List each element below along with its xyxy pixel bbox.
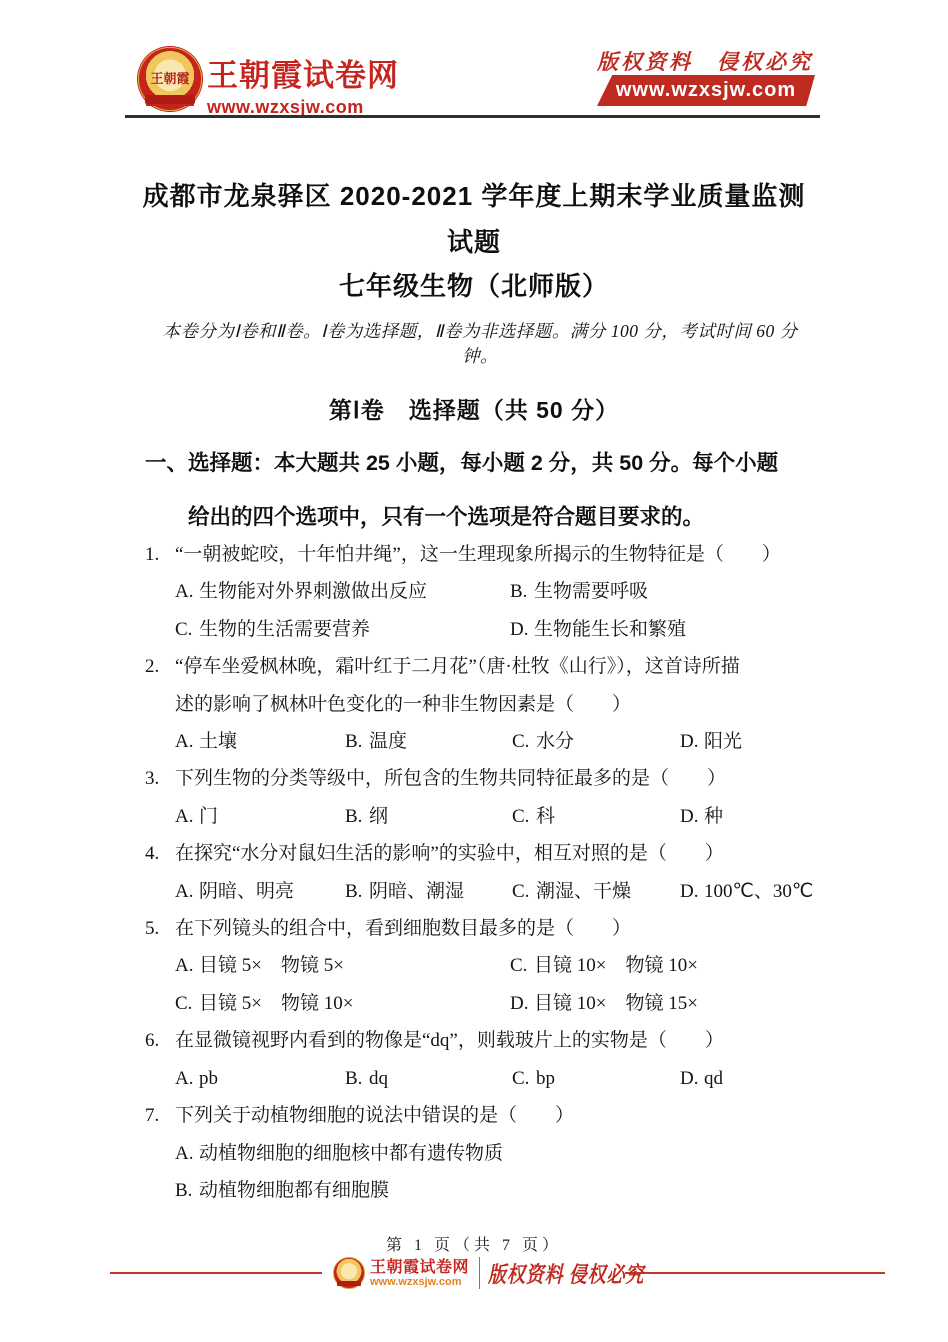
option-label: B. [510, 573, 534, 610]
answer-option: A.动植物细胞的细胞核中都有遗传物质 [175, 1135, 820, 1172]
header-brand: 王朝霞试卷网 www.wzxsjw.com [207, 50, 399, 118]
answer-option: A.土壤 [175, 723, 345, 760]
exam-paper-page: 王朝霞 王朝霞试卷网 www.wzxsjw.com 版权资料 侵权必究 www.… [0, 0, 948, 1342]
answer-option: D.100℃、30℃ [680, 873, 820, 910]
page-number: 第 1 页（共 7 页） [0, 1232, 948, 1255]
footer-slogan: 版权资料 侵权必究 [488, 1258, 644, 1289]
answer-option: B.纲 [345, 798, 512, 835]
exam-title-line2: 试题 [0, 222, 948, 259]
question-text: 下列关于动植物细胞的说法中错误的是（ ） [175, 1097, 820, 1134]
footer-brand: 王朝霞试卷网 www.wzxsjw.com 版权资料 侵权必究 [333, 1257, 679, 1289]
option-text: 阴暗、明亮 [199, 881, 294, 902]
option-text: 目镜 10× 物镜 15× [534, 993, 698, 1014]
brand-name: 王朝霞试卷网 [370, 1259, 469, 1276]
answer-option: C.目镜 10× 物镜 10× [510, 947, 820, 984]
option-text: 生物能对外界刺激做出反应 [199, 581, 427, 602]
option-label: A. [175, 947, 199, 984]
seal-text: 王朝霞 [139, 68, 201, 87]
option-label: D. [680, 1060, 704, 1097]
option-text: 动植物细胞都有细胞膜 [199, 1180, 389, 1201]
answer-option: A.生物能对外界刺激做出反应 [175, 573, 510, 610]
option-text: 潮湿、干燥 [536, 881, 631, 902]
answer-option: C.生物的生活需要营养 [175, 611, 510, 648]
answer-option: B.dq [345, 1060, 512, 1097]
option-label: D. [510, 985, 534, 1022]
option-label: B. [345, 1060, 369, 1097]
option-text: 科 [536, 806, 555, 827]
answer-option: C.bp [512, 1060, 680, 1097]
answer-option: D.种 [680, 798, 820, 835]
question-stem: 1.“一朝被蛇咬，十年怕井绳”，这一生理现象所揭示的生物特征是（ ） [145, 536, 820, 573]
option-text: 目镜 5× 物镜 5× [199, 955, 344, 976]
answer-option: C.水分 [512, 723, 680, 760]
question-text: 下列生物的分类等级中，所包含的生物共同特征最多的是（ ） [175, 760, 820, 797]
option-text: 门 [199, 806, 218, 827]
url-banner: www.wzxsjw.com [597, 75, 815, 106]
banner-url: www.wzxsjw.com [616, 79, 796, 102]
option-text: 生物的生活需要营养 [199, 619, 370, 640]
question-number: 6. [145, 1022, 175, 1059]
option-group: A.目镜 5× 物镜 5×C.目镜 10× 物镜 10×C.目镜 5× 物镜 1… [175, 947, 820, 1022]
question-text: “停车坐爱枫林晚，霜叶红于二月花”（唐·杜牧《山行》），这首诗所描 [175, 648, 820, 685]
exam-intro: 本卷分为Ⅰ卷和Ⅱ卷。Ⅰ卷为选择题，Ⅱ卷为非选择题。满分 100 分，考试时间 6… [145, 318, 815, 368]
option-group: A.阴暗、明亮B.阴暗、潮湿C.潮湿、干燥D.100℃、30℃ [175, 873, 820, 910]
option-label: C. [510, 947, 534, 984]
answer-option: D.目镜 10× 物镜 15× [510, 985, 820, 1022]
option-group: A.生物能对外界刺激做出反应B.生物需要呼吸C.生物的生活需要营养D.生物能生长… [175, 573, 820, 648]
option-label: D. [510, 611, 534, 648]
option-text: 纲 [369, 806, 388, 827]
option-label: C. [175, 985, 199, 1022]
option-text: bp [536, 1068, 555, 1089]
answer-option: A.pb [175, 1060, 345, 1097]
option-text: 生物需要呼吸 [534, 581, 648, 602]
answer-option: C.目镜 5× 物镜 10× [175, 985, 510, 1022]
answer-option: B.生物需要呼吸 [510, 573, 820, 610]
option-label: C. [512, 1060, 536, 1097]
option-label: A. [175, 798, 199, 835]
option-text: 土壤 [199, 731, 237, 752]
footer-rule-left [110, 1272, 322, 1274]
option-label: C. [175, 611, 199, 648]
question-number: 2. [145, 648, 175, 685]
option-group: A.动植物细胞的细胞核中都有遗传物质B.动植物细胞都有细胞膜 [175, 1135, 820, 1210]
question-number: 4. [145, 835, 175, 872]
option-text: 100℃、30℃ [704, 881, 813, 902]
exam-title-line1: 成都市龙泉驿区 2020-2021 学年度上期末学业质量监测 [0, 176, 948, 213]
question-number: 3. [145, 760, 175, 797]
question-number: 1. [145, 536, 175, 573]
option-text: 目镜 5× 物镜 10× [199, 993, 353, 1014]
option-label: B. [345, 873, 369, 910]
answer-option: A.阴暗、明亮 [175, 873, 345, 910]
question-text: “一朝被蛇咬，十年怕井绳”，这一生理现象所揭示的生物特征是（ ） [175, 536, 820, 573]
answer-option: A.门 [175, 798, 345, 835]
question-stem: 6.在显微镜视野内看到的物像是“dq”，则载玻片上的实物是（ ） [145, 1022, 820, 1059]
answer-option: D.阳光 [680, 723, 820, 760]
answer-option: C.科 [512, 798, 680, 835]
option-text: 种 [704, 806, 723, 827]
option-label: B. [345, 798, 369, 835]
footer-divider [479, 1257, 480, 1289]
option-label: D. [680, 798, 704, 835]
option-label: A. [175, 573, 199, 610]
option-label: C. [512, 873, 536, 910]
answer-option: B.阴暗、潮湿 [345, 873, 512, 910]
brand-name: 王朝霞试卷网 [207, 50, 399, 95]
option-text: 目镜 10× 物镜 10× [534, 955, 698, 976]
directive-line2: 给出的四个选项中，只有一个选项是符合题目要求的。 [188, 500, 704, 531]
question-stem: 5.在下列镜头的组合中，看到细胞数目最多的是（ ） [145, 910, 820, 947]
answer-option: A.目镜 5× 物镜 5× [175, 947, 510, 984]
question-stem: 3.下列生物的分类等级中，所包含的生物共同特征最多的是（ ） [145, 760, 820, 797]
option-label: A. [175, 873, 199, 910]
seal-ribbon [337, 1281, 361, 1286]
option-text: pb [199, 1068, 218, 1089]
answer-option: C.潮湿、干燥 [512, 873, 680, 910]
question-text-continued: 述的影响了枫林叶色变化的一种非生物因素是（ ） [145, 686, 820, 723]
copyright-slogan: 版权资料 侵权必究 [595, 46, 815, 76]
question-text: 在下列镜头的组合中，看到细胞数目最多的是（ ） [175, 910, 820, 947]
option-label: C. [512, 723, 536, 760]
option-text: 动植物细胞的细胞核中都有遗传物质 [199, 1143, 503, 1164]
option-text: 温度 [369, 731, 407, 752]
answer-option: B.动植物细胞都有细胞膜 [175, 1172, 820, 1209]
question-text: 在探究“水分对鼠妇生活的影响”的实验中，相互对照的是（ ） [175, 835, 820, 872]
section-title: 第Ⅰ卷 选择题（共 50 分） [0, 392, 948, 425]
answer-option: D.生物能生长和繁殖 [510, 611, 820, 648]
option-group: A.门B.纲C.科D.种 [175, 798, 820, 835]
option-group: A.pbB.dqC.bpD.qd [175, 1060, 820, 1097]
question-list: 1.“一朝被蛇咬，十年怕井绳”，这一生理现象所揭示的生物特征是（ ）A.生物能对… [145, 536, 820, 1209]
brand-seal-icon: 王朝霞 [138, 47, 202, 111]
question-stem: 7.下列关于动植物细胞的说法中错误的是（ ） [145, 1097, 820, 1134]
directive-line1: 一、选择题：本大题共 25 小题，每小题 2 分，共 50 分。每个小题 [145, 446, 778, 477]
option-label: B. [345, 723, 369, 760]
answer-option: D.qd [680, 1060, 820, 1097]
question-number: 5. [145, 910, 175, 947]
option-label: D. [680, 873, 704, 910]
option-label: A. [175, 723, 199, 760]
option-group: A.土壤B.温度C.水分D.阳光 [175, 723, 820, 760]
exam-title-line3: 七年级生物（北师版） [0, 266, 948, 303]
option-text: qd [704, 1068, 723, 1089]
option-label: C. [512, 798, 536, 835]
brand-seal-icon [333, 1257, 365, 1289]
option-text: 阳光 [704, 731, 742, 752]
question-text: 在显微镜视野内看到的物像是“dq”，则载玻片上的实物是（ ） [175, 1022, 820, 1059]
brand-url: www.wzxsjw.com [370, 1276, 469, 1288]
answer-option: B.温度 [345, 723, 512, 760]
question-stem: 4.在探究“水分对鼠妇生活的影响”的实验中，相互对照的是（ ） [145, 835, 820, 872]
footer-brand-text: 王朝霞试卷网 www.wzxsjw.com [370, 1259, 469, 1288]
option-text: dq [369, 1068, 388, 1089]
option-label: A. [175, 1135, 199, 1172]
option-label: B. [175, 1172, 199, 1209]
option-label: A. [175, 1060, 199, 1097]
option-label: D. [680, 723, 704, 760]
option-text: 阴暗、潮湿 [369, 881, 464, 902]
header-rule [125, 115, 820, 118]
question-number: 7. [145, 1097, 175, 1134]
option-text: 水分 [536, 731, 574, 752]
seal-ribbon [145, 95, 195, 104]
option-text: 生物能生长和繁殖 [534, 619, 686, 640]
question-stem: 2.“停车坐爱枫林晚，霜叶红于二月花”（唐·杜牧《山行》），这首诗所描 [145, 648, 820, 685]
